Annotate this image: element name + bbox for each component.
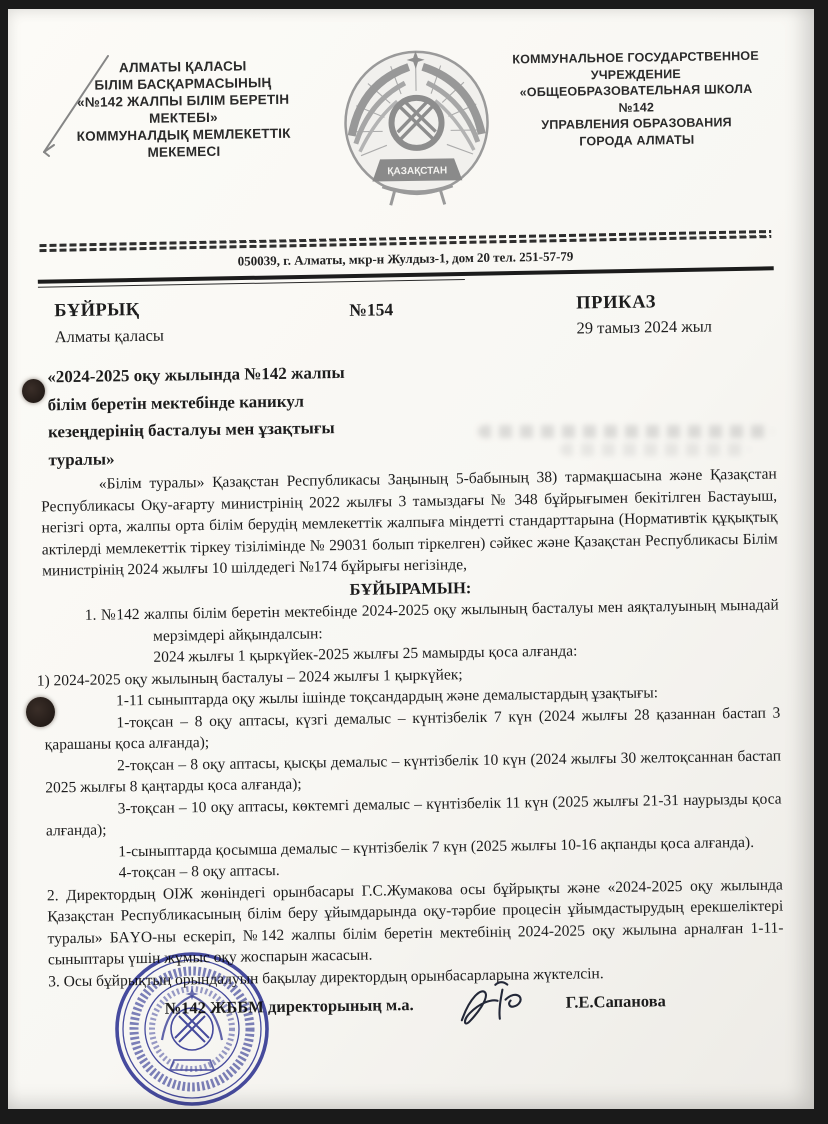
emblem-banner-text: ҚАЗАҚСТАН [387,165,447,177]
order-label-ru: ПРИКАЗ [576,291,762,315]
order-number: №154 [349,295,515,343]
hole-punch-mark [26,697,55,727]
order-label-kk: БҰЙРЫҚ [54,297,349,322]
letterhead: АЛМАТЫ ҚАЛАСЫ БІЛІМ БАСҚАРМАСЫНЫҢ «№142 … [34,34,772,217]
scanned-order-document: АЛМАТЫ ҚАЛАСЫ БІЛІМ БАСҚАРМАСЫНЫҢ «№142 … [0,0,828,1124]
order-heading-kazakh: БҰЙРЫҚ Алматы қаласы [54,297,350,347]
handwritten-signature [453,977,538,1039]
signatory-name: Г.Е.Сапанова [566,992,666,1013]
kazakhstan-coat-of-arms-icon: ҚАЗАҚСТАН [330,38,503,213]
order-heading: БҰЙРЫҚ Алматы қаласы №154 ПРИКАЗ 29 тамы… [38,291,775,348]
order-city: Алматы қаласы [55,323,350,347]
bleed-through-text [560,443,750,456]
hole-punch-mark [22,379,45,403]
official-stamp-icon [112,948,272,1110]
order-date: 29 тамыз 2024 жыл [576,316,762,339]
pen-mark-icon [30,50,120,175]
paper-sheet: АЛМАТЫ ҚАЛАСЫ БІЛІМ БАСҚАРМАСЫНЫҢ «№142 … [8,9,814,1109]
bleed-through-text [478,425,773,438]
intro-paragraph: «Білім туралы» Қазақстан Республикасы За… [41,464,779,582]
org-name-russian: КОММУНАЛЬНОЕ ГОСУДАРСТВЕННОЕ УЧРЕЖДЕНИЕ … [500,34,772,151]
order-body: «Білім туралы» Қазақстан Республикасы За… [41,464,785,993]
order-title: «2024-2025 оқу жылында №142 жалпы білім … [39,357,479,473]
order-heading-russian: ПРИКАЗ 29 тамыз 2024 жыл [514,291,763,341]
